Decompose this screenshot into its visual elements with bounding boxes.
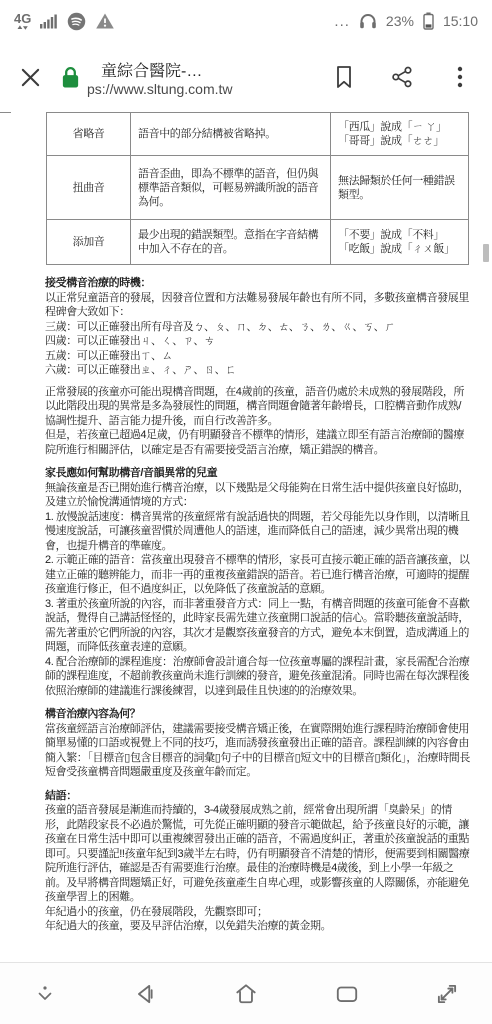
warning-icon bbox=[95, 12, 115, 30]
therapy-paragraph: 當孩童經語言治療師評估，建議需要接受構音矯正後，在實際開始進行課程時治療師會使用… bbox=[45, 722, 470, 780]
parents-item: 4. 配合治療師的課程進度：治療師會設計適合每一位孩童專屬的課程計畫，家長需配合… bbox=[45, 655, 470, 699]
section-heading-timing: 接受構音治療的時機： bbox=[45, 276, 470, 291]
home-button[interactable] bbox=[223, 971, 269, 1017]
recents-button[interactable] bbox=[324, 971, 370, 1017]
desc-cell: 語音歪曲，即為不標準的語音，但仍與標準語音類似，可輕易辨識所說的語音為何。 bbox=[131, 156, 331, 220]
development-paragraph: 正常發展的孩童亦可能出現構音問題，在4歲前的孩童，語音仍處於未成熟的發展階段，所… bbox=[45, 385, 470, 429]
page-url: ps://www.sltung.com.tw bbox=[87, 81, 233, 97]
example-cell: 「西瓜」說成「ㄧ ㄚ」 「哥哥」說成「ㄜㄜ」 bbox=[331, 113, 469, 156]
back-icon bbox=[133, 981, 159, 1007]
headphones-icon bbox=[359, 13, 377, 29]
back-button[interactable] bbox=[123, 971, 169, 1017]
section-heading-parents: 家長應如何幫助構音/音韻異常的兒童 bbox=[45, 466, 470, 481]
close-tab-button[interactable] bbox=[8, 55, 52, 99]
status-right: ... 23% 15:10 bbox=[334, 12, 478, 30]
milestone-line: 六歲：可以正確發出ㄓ、ㄔ、ㄕ、ㄖ、ㄈ bbox=[45, 363, 470, 378]
conclusion-paragraph: 孩童的語音發展是漸進而持續的，3-4歲發展成熟之前，經常會出現所謂「臭齡呆」的情… bbox=[45, 803, 470, 905]
scrollbar-thumb[interactable] bbox=[483, 244, 489, 262]
battery-icon bbox=[423, 12, 434, 30]
signal-strength-icon bbox=[40, 14, 58, 29]
recents-icon bbox=[334, 981, 360, 1007]
hide-panel-icon bbox=[33, 984, 57, 1004]
bookmark-button[interactable] bbox=[322, 55, 366, 99]
status-left: 4G bbox=[14, 12, 115, 31]
fullscreen-button[interactable] bbox=[424, 971, 470, 1017]
navigation-bar bbox=[0, 962, 492, 1024]
webpage-content: 省略音 語音中的部分結構被省略掉。 「西瓜」說成「ㄧ ㄚ」 「哥哥」說成「ㄜㄜ」… bbox=[0, 112, 492, 962]
overflow-dots-icon: ... bbox=[334, 13, 350, 30]
example-line: 「哥哥」說成「ㄜㄜ」 bbox=[338, 134, 461, 148]
parents-item: 1. 放慢說話速度：構音異常的孩童經常有說話過快的問題，若父母能先以身作則，以清… bbox=[45, 510, 470, 554]
desc-cell: 最少出現的錯誤類型。意指在字音結構中加入不存在的音。 bbox=[131, 220, 331, 265]
fullscreen-icon bbox=[434, 981, 460, 1007]
term-cell: 扭曲音 bbox=[47, 156, 131, 220]
example-cell: 無法歸類於任何一種錯誤類型。 bbox=[331, 156, 469, 220]
clock: 15:10 bbox=[443, 13, 478, 29]
home-icon bbox=[233, 981, 259, 1007]
conclusion-line: 年紀過大的孩童，要及早評估治療，以免錯失治療的黃金期。 bbox=[45, 919, 470, 934]
bookmark-icon bbox=[335, 65, 353, 89]
share-icon bbox=[391, 66, 413, 88]
menu-button[interactable] bbox=[438, 55, 482, 99]
page-title: 童綜合醫院-… bbox=[87, 58, 233, 81]
browser-toolbar: 童綜合醫院-… ps://www.sltung.com.tw bbox=[0, 42, 492, 112]
milestone-line: 三歲：可以正確發出所有母音及ㄅ、ㄆ、ㄇ、ㄉ、ㄊ、ㄋ、ㄌ、ㄍ、ㄎ、ㄏ bbox=[45, 320, 470, 335]
phone-screen: 4G bbox=[0, 0, 492, 1024]
error-types-table: 省略音 語音中的部分結構被省略掉。 「西瓜」說成「ㄧ ㄚ」 「哥哥」說成「ㄜㄜ」… bbox=[46, 112, 469, 265]
milestone-line: 五歲：可以正確發出ㄒ、ㄙ bbox=[45, 349, 470, 364]
battery-percent: 23% bbox=[386, 13, 414, 29]
table-row: 扭曲音 語音歪曲，即為不標準的語音，但仍與標準語音類似，可輕易辨識所說的語音為何… bbox=[47, 156, 469, 220]
example-line: 「吃飯」說成「ㄔㄨ飯」 bbox=[338, 242, 461, 256]
parents-item: 3. 著重於孩童所說的內容，而非著重發音方式：同上一點，有構音問題的孩童可能會不… bbox=[45, 597, 470, 655]
timing-intro: 以正常兒童語音的發展，因發音位置和方法難易發展年齡也有所不同，多數孩童構音發展里… bbox=[45, 291, 470, 320]
lock-icon bbox=[60, 64, 81, 90]
spotify-icon bbox=[67, 12, 86, 31]
toolbar-actions bbox=[322, 55, 482, 99]
term-cell: 省略音 bbox=[47, 113, 131, 156]
menu-dots-icon bbox=[457, 66, 463, 88]
status-bar: 4G bbox=[0, 0, 492, 42]
site-info: 童綜合醫院-… ps://www.sltung.com.tw bbox=[87, 58, 233, 97]
hide-panel-button[interactable] bbox=[22, 971, 68, 1017]
network-arrows-icon bbox=[17, 25, 29, 30]
milestone-line: 四歲：可以正確發出ㄐ、ㄑ、ㄗ、ㄘ bbox=[45, 334, 470, 349]
table-row: 添加音 最少出現的錯誤類型。意指在字音結構中加入不存在的音。 「不要」說成「不料… bbox=[47, 220, 469, 265]
example-line: 「西瓜」說成「ㄧ ㄚ」 bbox=[338, 120, 461, 134]
parents-intro: 無論孩童是否已開始進行構音治療，以下幾點是父母能夠在日常生活中提供孩童良好協助，… bbox=[45, 481, 470, 510]
parents-item: 2. 示範正確的語音：當孩童出現發音不標準的情形，家長可直接示範正確的語音讓孩童… bbox=[45, 553, 470, 597]
close-icon bbox=[20, 67, 41, 88]
example-cell: 「不要」說成「不料」 「吃飯」說成「ㄔㄨ飯」 bbox=[331, 220, 469, 265]
network-label: 4G bbox=[14, 12, 31, 25]
table-row: 省略音 語音中的部分結構被省略掉。 「西瓜」說成「ㄧ ㄚ」 「哥哥」說成「ㄜㄜ」 bbox=[47, 113, 469, 156]
section-heading-conclusion: 結語： bbox=[45, 789, 470, 804]
example-line: 「不要」說成「不料」 bbox=[338, 228, 461, 242]
term-cell: 添加音 bbox=[47, 220, 131, 265]
development-paragraph: 但是，若孩童已超過4足歲，仍有明顯發音不標準的情形，建議立即至有語言治療師的醫療… bbox=[45, 428, 470, 457]
section-heading-therapy: 構音治療內容為何？ bbox=[45, 707, 470, 722]
url-bar[interactable]: 童綜合醫院-… ps://www.sltung.com.tw bbox=[60, 58, 322, 97]
network-4g-icon: 4G bbox=[14, 12, 31, 30]
conclusion-line: 年紀過小的孩童，仍在發展階段，先觀察即可； bbox=[45, 905, 470, 920]
desc-cell: 語音中的部分結構被省略掉。 bbox=[131, 113, 331, 156]
share-button[interactable] bbox=[380, 55, 424, 99]
